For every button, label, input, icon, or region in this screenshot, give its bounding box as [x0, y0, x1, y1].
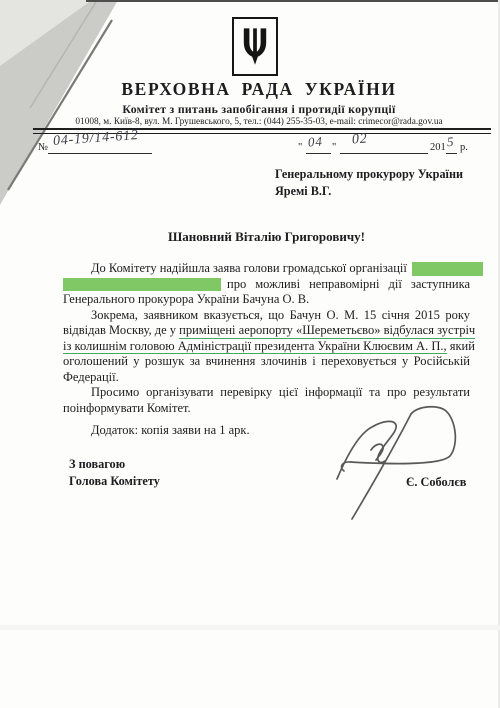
body-text: оголошений у розшук за вчинення злочинів… [63, 354, 470, 368]
ref-number-symbol: № [38, 142, 48, 153]
date-year-printed: 201 [430, 142, 446, 153]
body-line: Федерації. [63, 370, 470, 386]
body-text: відвідав Москву, де у [63, 323, 179, 337]
date-quote-close: " [332, 142, 336, 153]
body-line: відвідав Москву, де у приміщені аеропорт… [63, 323, 470, 339]
body-line: оголошений у розшук за вчинення злочинів… [63, 354, 470, 370]
body-text: Зокрема, заявником вказується, що Бачун … [91, 308, 470, 322]
date-quote-open: " [298, 142, 302, 153]
body-line: про можливі неправомірні дії заступника [63, 277, 470, 293]
closing-regards: З повагою [69, 456, 160, 473]
body-line: Просимо організувати перевірку цієї інфо… [63, 385, 470, 401]
body-text: поінформувати Комітет. [63, 401, 191, 415]
date-day-handwritten: 04 [307, 134, 323, 151]
underlined-text: приміщені аеропорту «Шереметьєво» відбул… [179, 323, 475, 339]
addressee-line-2: Яремі В.Г. [275, 183, 463, 200]
date-year-line [446, 153, 457, 154]
scanned-letter-page: ВЕРХОВНА РАДА УКРАЇНИ Комітет з питань з… [0, 0, 500, 708]
ref-number-line [48, 153, 152, 154]
closing-position: Голова Комітету [69, 473, 160, 490]
body-line: До Комітету надійшла заява голови громад… [63, 261, 483, 277]
underlined-text: із колишнім головою Адміністрації презид… [63, 339, 447, 355]
body-text: який [447, 339, 475, 353]
letterhead-address: 01008, м. Київ-8, вул. М. Грушевського, … [14, 117, 500, 127]
trident-emblem [232, 17, 278, 76]
body-text: Просимо організувати перевірку цієї інфо… [91, 385, 470, 399]
body-text: про можливі неправомірні дії заступника [227, 277, 470, 293]
date-day-line [306, 153, 331, 154]
addressee-line-1: Генеральному прокурору України [275, 166, 463, 183]
date-month-handwritten: 02 [351, 131, 368, 148]
letterhead-title: ВЕРХОВНА РАДА УКРАЇНИ [14, 79, 500, 100]
addressee-block: Генеральному прокурору України Яремі В.Г… [275, 166, 463, 199]
trident-icon [241, 26, 269, 68]
body-text: Федерації. [63, 370, 119, 384]
date-year-digit-handwritten: 5 [446, 134, 454, 150]
signer-name: Є. Соболєв [406, 475, 466, 490]
date-year-suffix: р. [460, 142, 468, 153]
attachment-note: Додаток: копія заяви на 1 арк. [91, 423, 250, 438]
closing-block: З повагою Голова Комітету [69, 456, 160, 489]
redaction-highlight [63, 278, 221, 292]
body-text: Генерального прокурора України Бачуна О.… [63, 292, 309, 306]
date-month-line [340, 153, 428, 154]
scan-edge-artifact [86, 0, 500, 2]
scan-streak-artifact [0, 625, 500, 630]
salutation: Шановний Віталію Григоровичу! [63, 229, 470, 245]
letter-body: До Комітету надійшла заява голови громад… [63, 261, 470, 416]
body-line: Генерального прокурора України Бачуна О.… [63, 292, 470, 308]
body-text: До Комітету надійшла заява голови громад… [91, 261, 407, 277]
body-line: Зокрема, заявником вказується, що Бачун … [63, 308, 470, 324]
committee-name: Комітет з питань запобігання і протидії … [14, 102, 500, 117]
redaction-highlight [412, 262, 483, 276]
body-line: із колишнім головою Адміністрації презид… [63, 339, 470, 355]
